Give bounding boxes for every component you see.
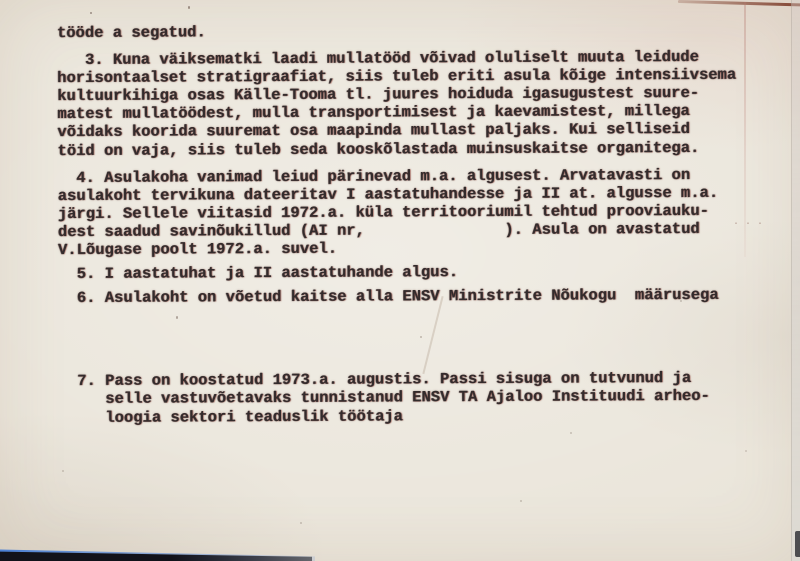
photo-right-edge-strip (791, 0, 800, 561)
text-line: selle vastuvõetavaks tunnistanud ENSV TA… (59, 387, 786, 409)
dust-speck (570, 432, 572, 434)
dust-speck (62, 470, 64, 472)
paragraph: 7. Pass on koostatud 1973.a. augustis. P… (59, 369, 786, 427)
dust-speck (745, 450, 747, 452)
document-photo: tööde a segatud. 3. Kuna väiksematki laa… (0, 0, 800, 561)
scanned-document-photo: { "colors": { "paper": "#eae5da", "ink":… (0, 0, 800, 561)
dust-speck (680, 300, 682, 302)
paragraph: tööde a segatud. (57, 20, 784, 42)
text-line: loogia sektori teaduslik töötaja (59, 405, 786, 427)
paragraph: 6. Asulakoht on võetud kaitse alla ENSV … (58, 286, 785, 308)
text-line: V.Lõugase poolt 1972.a. suvel. (58, 237, 785, 259)
dust-speck (188, 6, 190, 9)
paragraph: 4. Asulakoha vanimad leiud pärinevad m.a… (58, 165, 785, 259)
text-line: 5. I aastatuhat ja II aastatuhande algus… (58, 262, 785, 284)
photo-edge-red-line (678, 0, 800, 6)
dust-speck (520, 500, 522, 502)
paragraph: 5. I aastatuhat ja II aastatuhande algus… (58, 262, 785, 284)
dust-speck (300, 522, 302, 524)
paragraph: 3. Kuna väiksematki laadi mullatööd võiv… (57, 48, 785, 160)
dust-speck (176, 316, 178, 319)
text-line: töid on vaja, siis tuleb seda kooskõlast… (58, 138, 785, 160)
text-line: dest saadud savinõukillud (AI nr, ). Asu… (58, 219, 785, 241)
dust-speck (90, 12, 92, 14)
dust-speck (420, 336, 422, 338)
bottom-right-edge-mark (795, 531, 800, 557)
text-line: tööde a segatud. (57, 20, 784, 42)
faint-pencil-marks: ··· (733, 222, 775, 228)
document-text: tööde a segatud. 3. Kuna väiksematki laa… (57, 20, 786, 426)
text-line: 6. Asulakoht on võetud kaitse alla ENSV … (58, 286, 785, 308)
